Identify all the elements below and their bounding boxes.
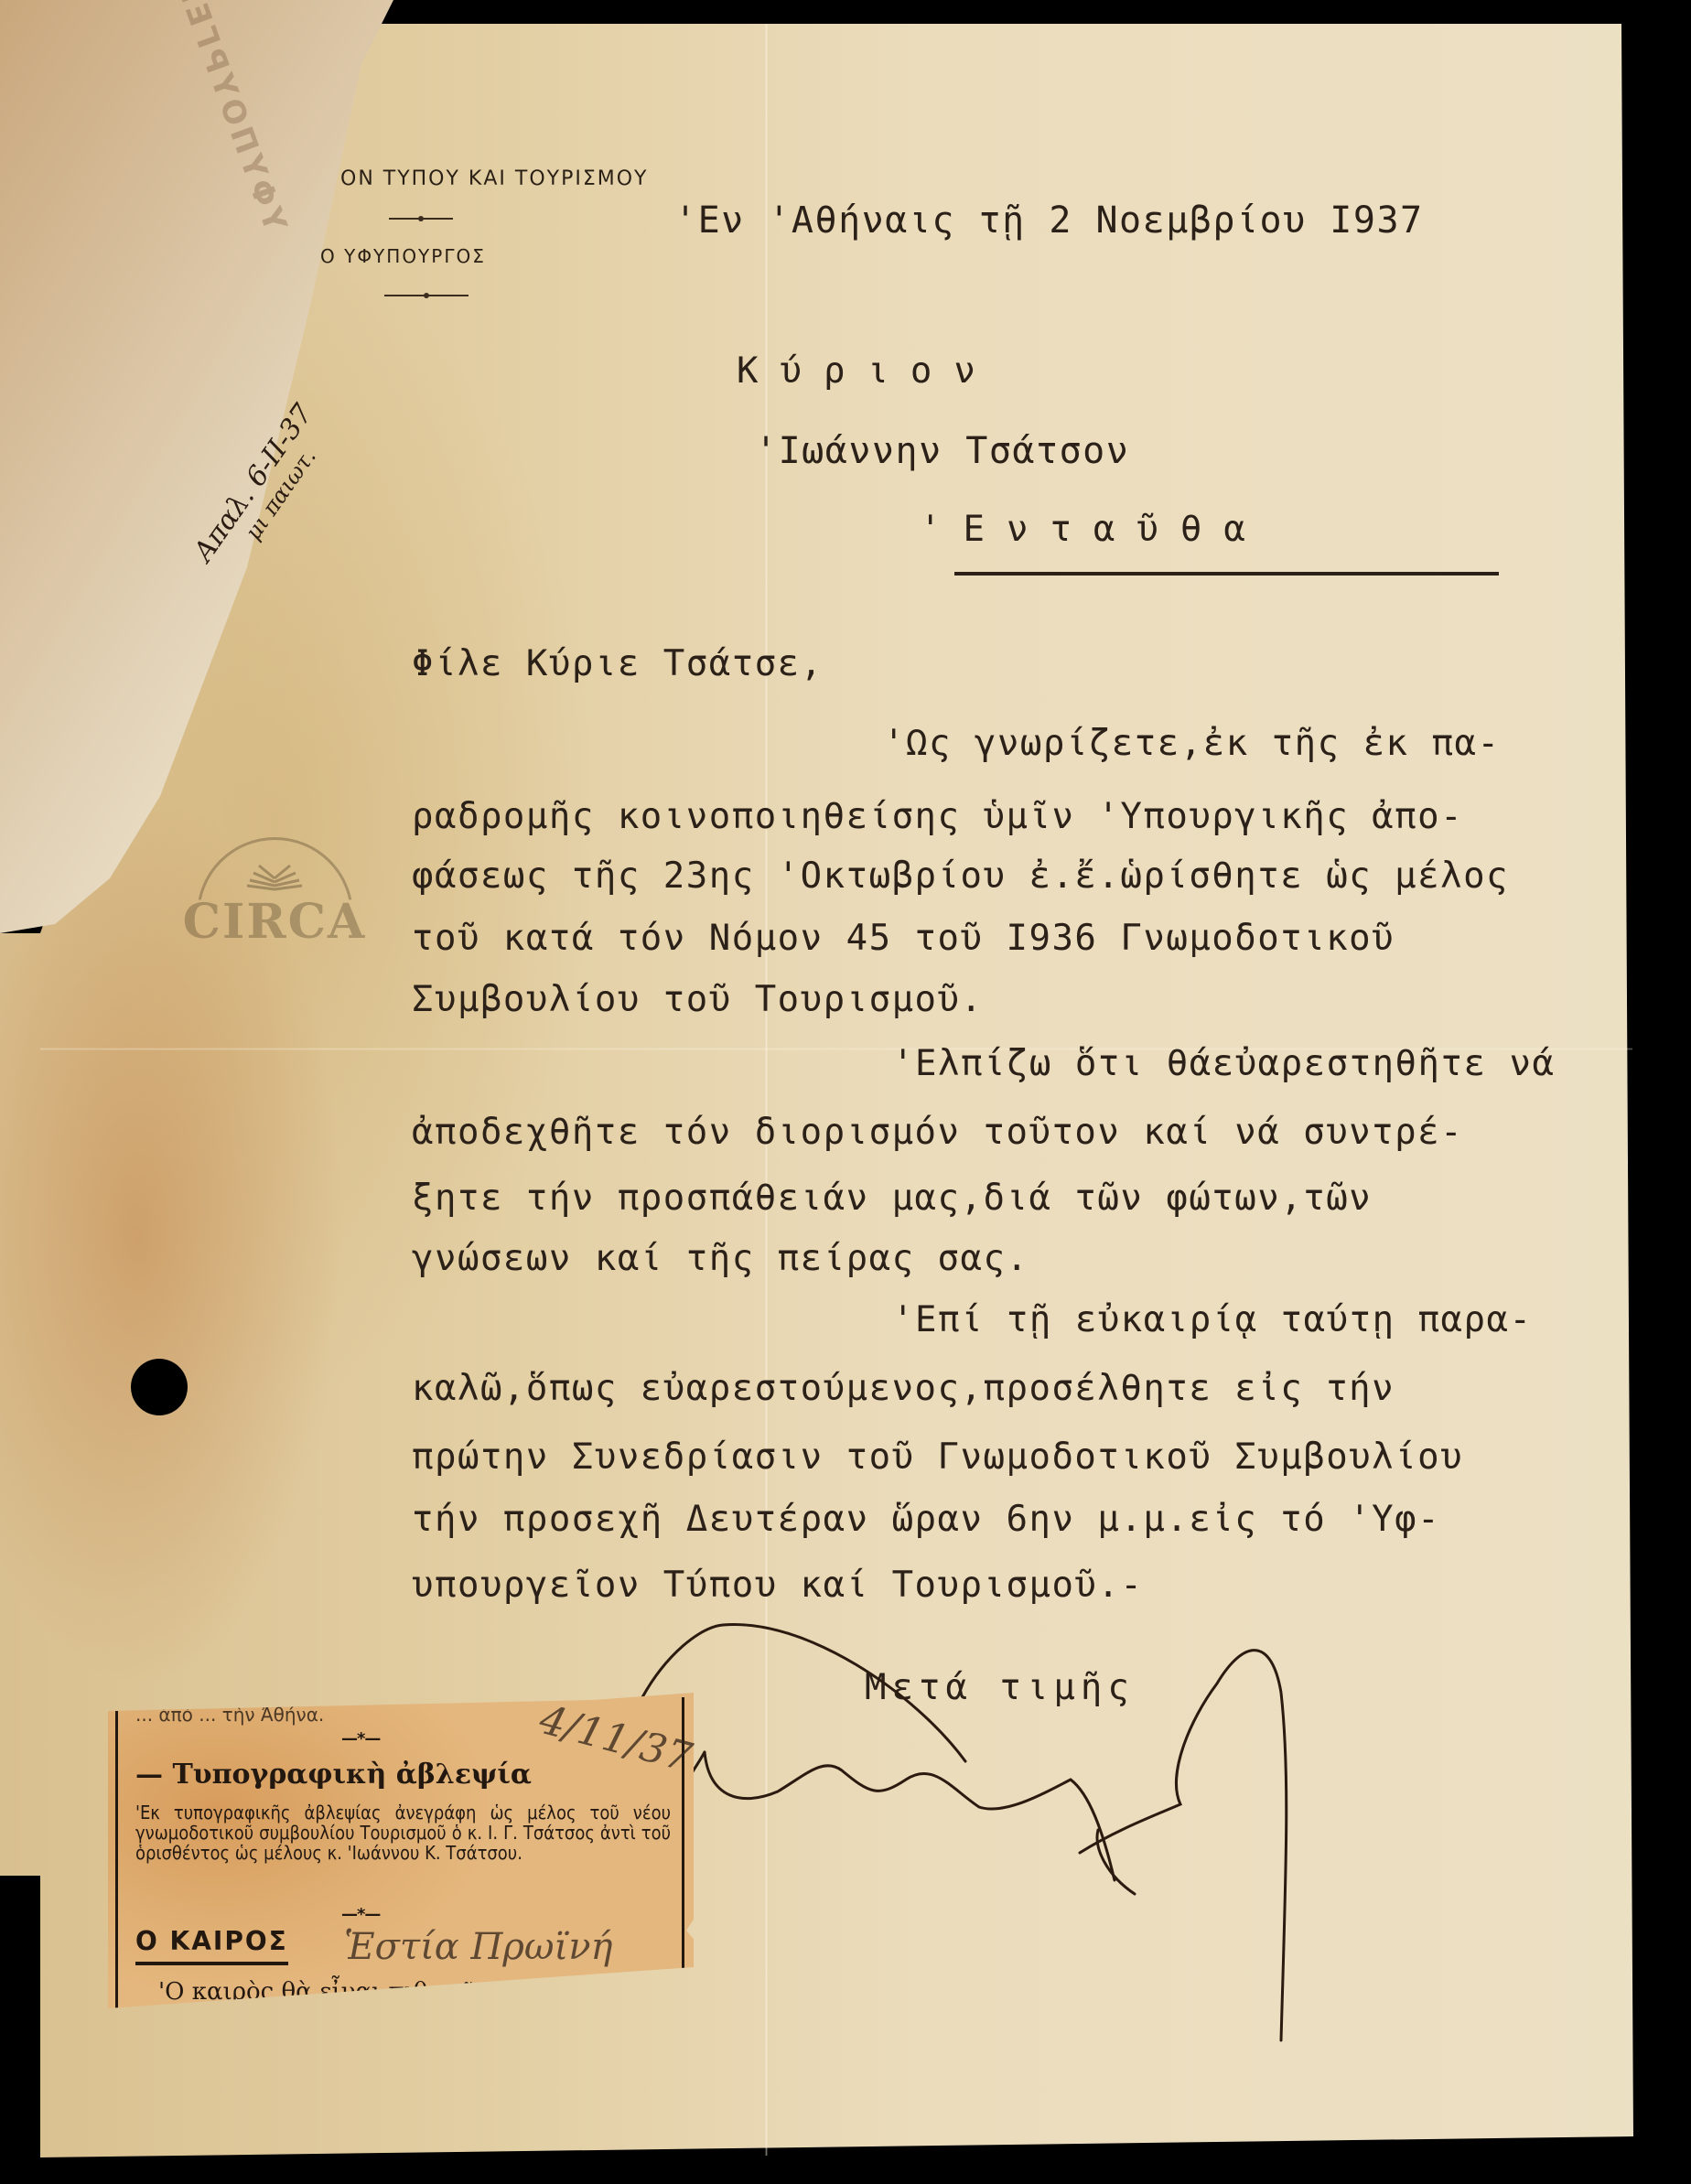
open-book-icon — [242, 860, 307, 892]
addressee-name: 'Ιωάννην Τσάτσον — [755, 430, 1129, 472]
curl-ghost-text: ΥΦΥΠΟΥΡΓΕΙΟΝ ΤΥΠΟΥ — [0, 17, 294, 330]
letterhead-ministry: ΟΝ ΤΥΠΟΥ ΚΑΙ ΤΟΥΡΙΣΜΟΥ — [340, 167, 648, 190]
addressee-location: 'Ενταῦθα — [920, 509, 1267, 550]
clipping-handwritten-date: 4/11/37 — [534, 1696, 696, 1781]
body-line: υπουργεῖον Τύπου καί Τουρισμοῦ.- — [412, 1565, 1143, 1606]
letterhead-rule-1 — [389, 218, 453, 220]
body-line: φάσεως τῆς 23ης 'Οκτωβρίου ἐ.ἔ.ὡρίσθητε … — [412, 855, 1509, 897]
date-line: 'Εν 'Αθήναις τῇ 2 Νοεμβρίου Ι937 — [674, 199, 1424, 242]
vertical-fold-crease — [765, 24, 768, 2156]
letterhead-rule-2 — [384, 295, 469, 296]
body-line: 'Ελπίζω ὅτι θάεὐαρεστηθῆτε νά — [892, 1043, 1555, 1084]
watermark-text: CIRCA — [174, 894, 375, 950]
punch-hole-bottom — [131, 1359, 188, 1415]
clipping-body: 'Εκ τυπογραφικῆς ἀβλεψίας ἀνεγράφη ὡς μέ… — [135, 1802, 671, 1863]
body-line: τήν προσεχῆ Δευτέραν ὥραν 6ην μ.μ.εἰς τό… — [412, 1499, 1440, 1540]
body-line: 'Ως γνωρίζετε,ἐκ τῆς ἐκ πα- — [883, 723, 1500, 764]
clipping-border-left — [115, 1711, 118, 2008]
body-line: Συμβουλίου τοῦ Τουρισμοῦ. — [412, 979, 984, 1020]
body-line: ραδρομῆς κοινοποιηθείσης ὑμῖν 'Υπουργικῆ… — [412, 796, 1463, 837]
addressee-title: Κύριον — [737, 350, 997, 392]
greeting: Φίλε Κύριε Τσάτσε, — [412, 643, 824, 684]
body-line: γνώσεων καί τῆς πείρας σας. — [412, 1238, 1029, 1279]
letterhead-title: Ο ΥΦΥΠΟΥΡΓΟΣ — [320, 245, 486, 267]
body-line: 'Επί τῇ εὐκαιρίᾳ ταύτῃ παρα- — [892, 1299, 1532, 1340]
circa-watermark: CIRCA — [174, 819, 375, 947]
body-line: τοῦ κατά τόν Νόμον 45 τοῦ Ι936 Γνωμοδοτι… — [412, 918, 1395, 959]
closing: Μετά τιμῆς — [865, 1667, 1135, 1708]
body-line: ἀποδεχθῆτε τόν διορισμόν τοῦτον καί νά σ… — [412, 1112, 1463, 1153]
clipping-section-title: Ο ΚΑΙΡΟΣ — [135, 1926, 288, 1965]
clipping-headline: — Τυπογραφικὴ ἀβλεψία — [135, 1759, 532, 1791]
addressee-underline — [954, 572, 1499, 576]
body-line: πρώτην Συνεδρίασιν τοῦ Γνωμοδοτικοῦ Συμβ… — [412, 1436, 1463, 1478]
newspaper-clipping: ... ἀπὸ ... τὴν Ἀθήνα. —*— — Τυπογραφικὴ… — [108, 1693, 694, 2008]
body-line: ξητε τήν προσπάθειάν μας,διά τῶν φώτων,τ… — [412, 1178, 1372, 1219]
clipping-ornament-2: —*— — [341, 1905, 380, 1924]
clipping-ornament: —*— — [341, 1729, 380, 1748]
clipping-handwritten-source: Ἑστία Πρωϊνή — [344, 1926, 612, 1968]
body-line: καλῶ,ὅπως εὐαρεστούμενος,προσέλθητε εἰς … — [412, 1368, 1395, 1409]
